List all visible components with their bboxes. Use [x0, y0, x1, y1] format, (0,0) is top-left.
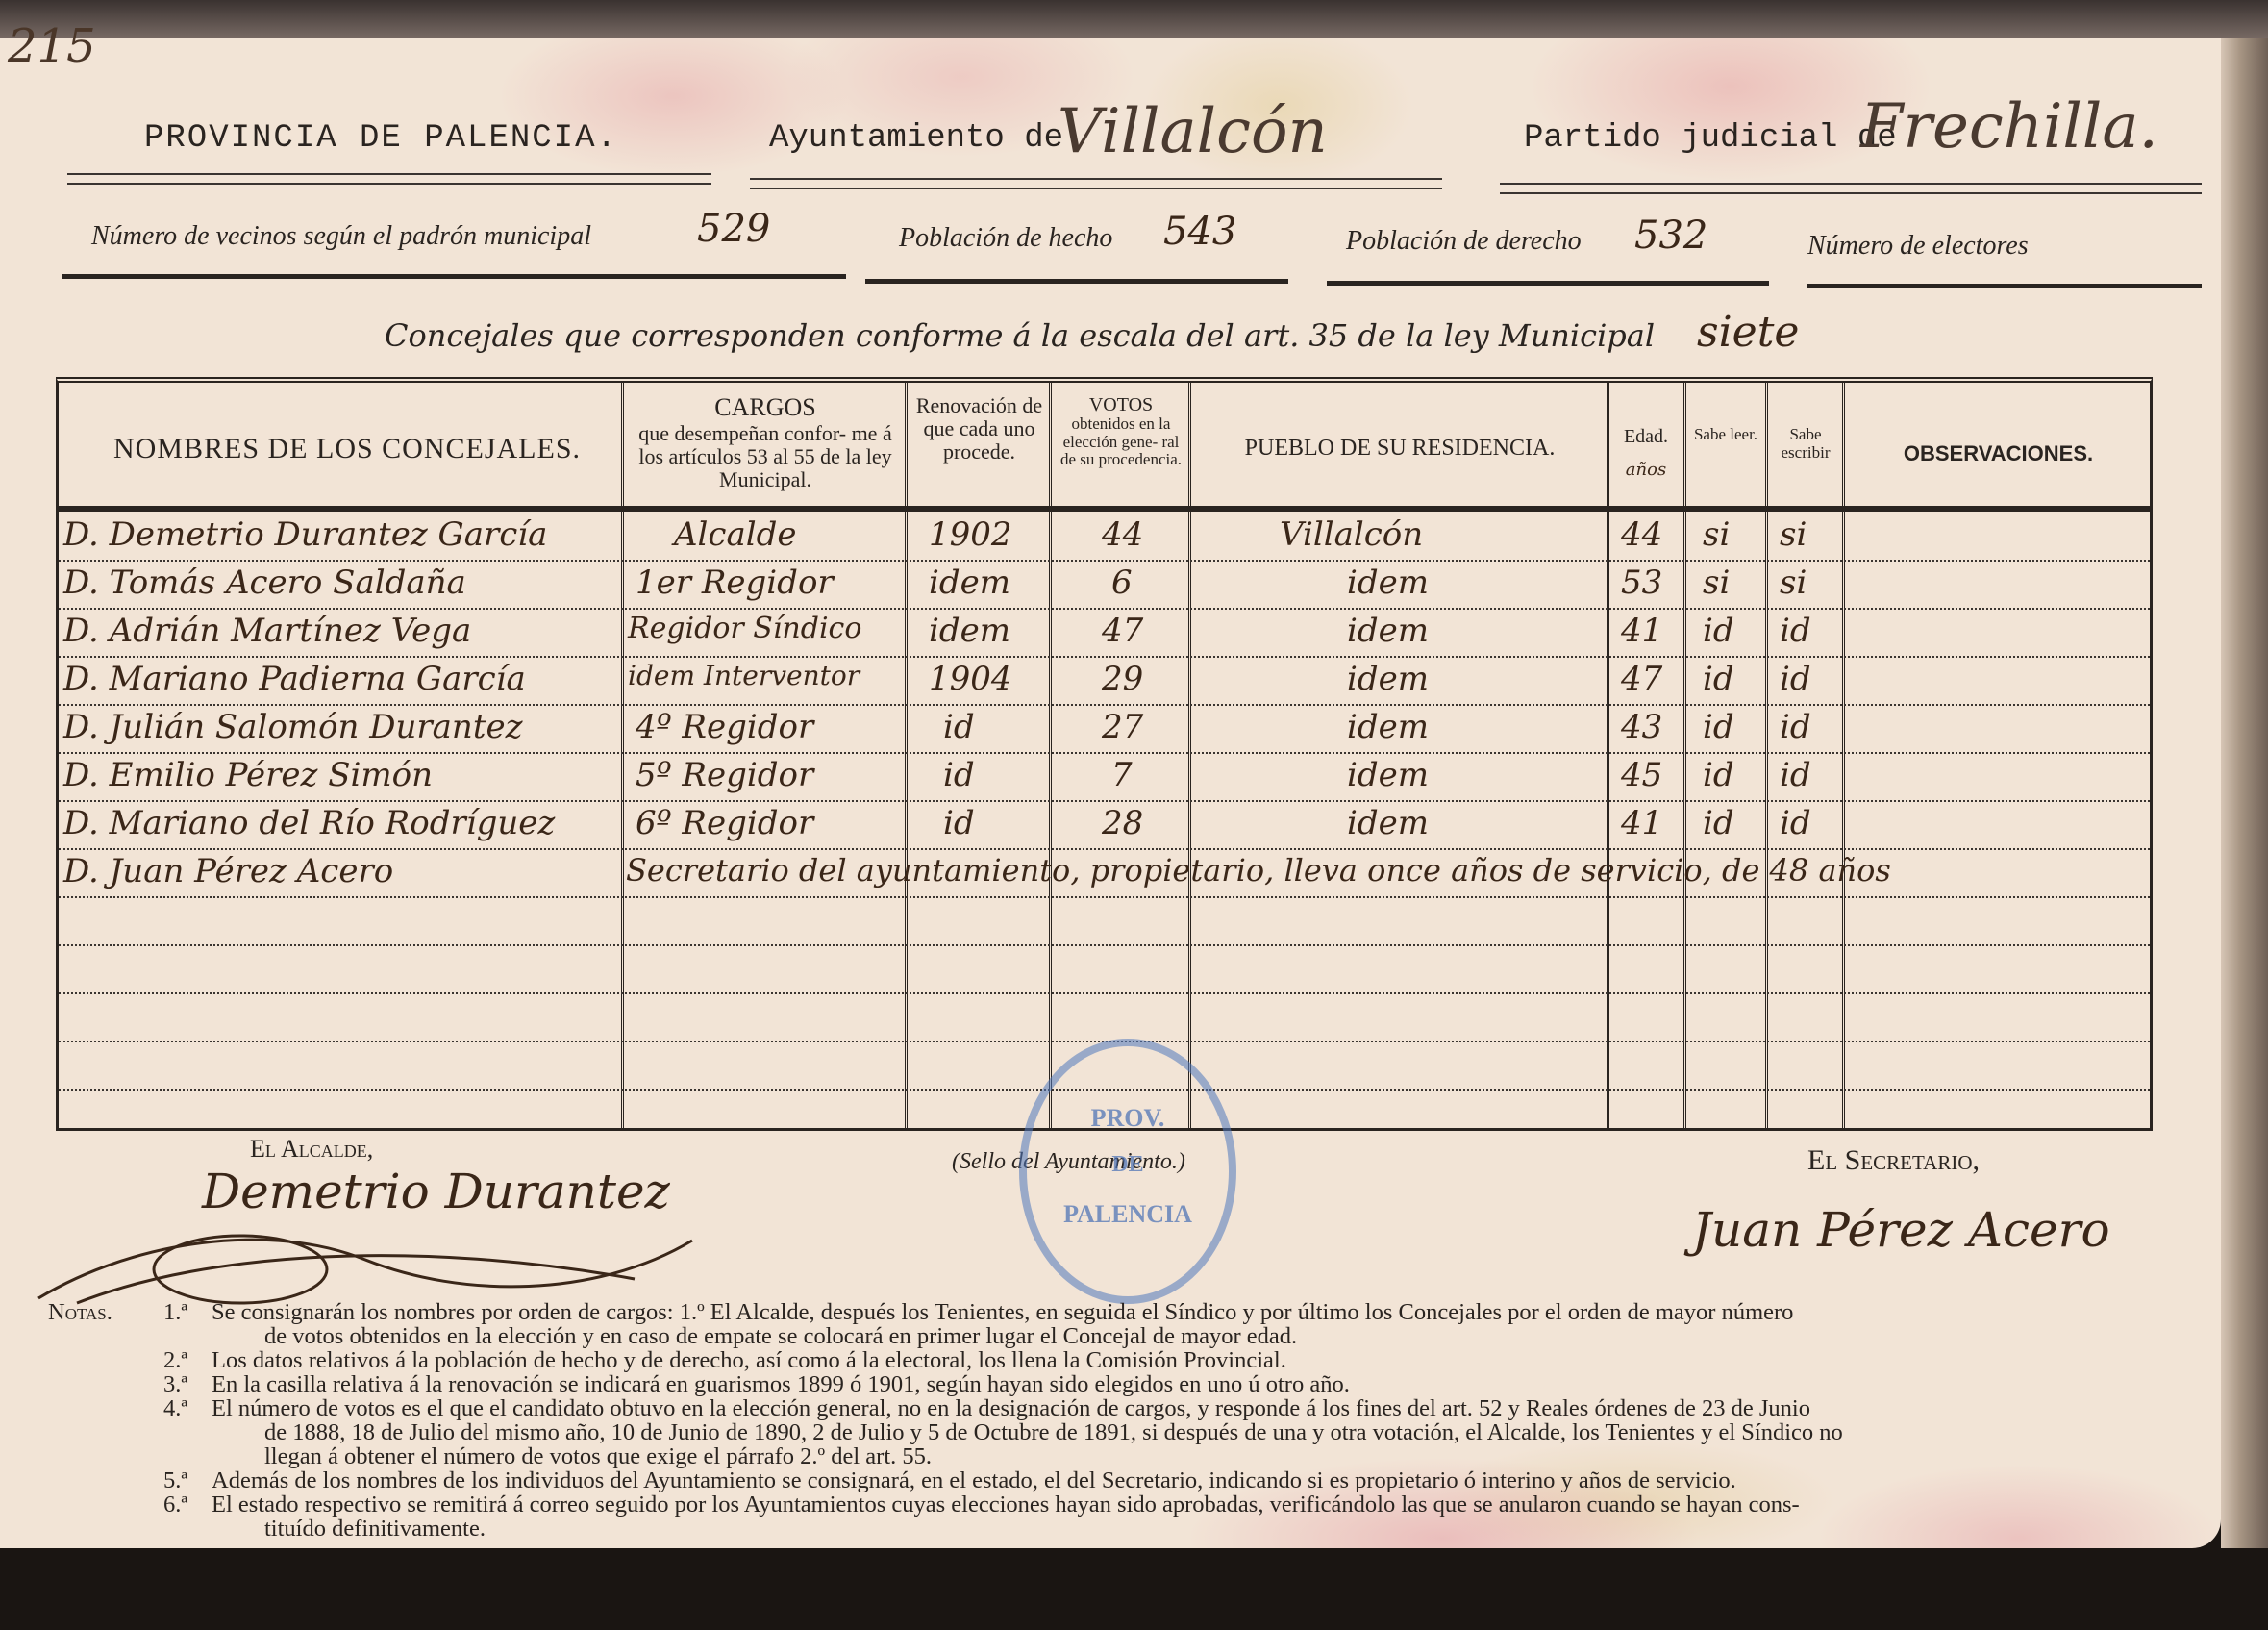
cell-pueblo: idem: [1347, 564, 1429, 602]
cell-votos: 47: [1102, 612, 1143, 650]
cell-escribir: si: [1780, 515, 1807, 554]
cell-renovacion: 1904: [929, 660, 1012, 698]
vecinos-value: 529: [697, 207, 770, 251]
cell-renovacion: id: [943, 708, 975, 746]
cell-nombre: D. Emilio Pérez Simón: [63, 756, 433, 794]
concejales-table: NOMBRES DE LOS CONCEJALES. CARGOS que de…: [56, 377, 2153, 1131]
vecinos-label: Número de vecinos según el padrón munici…: [91, 221, 591, 252]
nota-text: El estado respectivo se remitirá á corre…: [212, 1492, 2211, 1517]
header-rule: [1500, 183, 2202, 194]
cell-cargo: 4º Regidor: [636, 708, 813, 746]
cell-nombre: D. Mariano Padierna García: [63, 660, 526, 698]
cell-edad: 41: [1621, 612, 1662, 650]
table-row: D. Juan Pérez Acero Secretario del ayunt…: [59, 848, 2150, 898]
nota-item: 2.ª Los datos relativos á la población d…: [48, 1348, 2211, 1372]
concejales-value: siete: [1697, 308, 1799, 357]
concejales-label: Concejales que corresponden conforme á l…: [385, 317, 1655, 354]
book-page-edges: [2221, 38, 2268, 1548]
nota-text: En la casilla relativa á la renovación s…: [212, 1372, 2211, 1396]
cell-votos: 27: [1102, 708, 1143, 746]
cell-edad: 43: [1621, 708, 1662, 746]
header-cargos: CARGOS que desempeñan confor- me á los a…: [626, 394, 905, 491]
nota-number: 5.ª: [163, 1468, 187, 1492]
header-sabe-escribir: Sabe escribir: [1768, 426, 1843, 462]
derecho-label: Población de derecho: [1346, 226, 1582, 257]
cell-votos: 44: [1102, 515, 1143, 554]
cell-escribir: id: [1780, 708, 1811, 746]
ayuntamiento-label: Ayuntamiento de: [769, 120, 1063, 157]
cell-pueblo: idem: [1347, 612, 1429, 650]
cell-leer: id: [1703, 660, 1734, 698]
header-rule: [67, 173, 711, 185]
cell-escribir: id: [1780, 756, 1811, 794]
header-votos-title: VOTOS: [1054, 394, 1188, 415]
stats-rule: [1807, 284, 2202, 288]
cell-escribir: id: [1780, 660, 1811, 698]
table-row: D. Emilio Pérez Simón 5º Regidor id 7 id…: [59, 752, 2150, 802]
header-rule: [750, 178, 1442, 189]
cell-nombre: D. Tomás Acero Saldaña: [63, 564, 466, 602]
header-pueblo: PUEBLO DE SU RESIDENCIA.: [1193, 436, 1607, 461]
header-cargos-title: CARGOS: [626, 394, 905, 422]
secretario-signature: Juan Pérez Acero: [1692, 1202, 2110, 1258]
hecho-label: Población de hecho: [899, 223, 1112, 254]
nota-item: 4.ª El número de votos es el que el cand…: [48, 1396, 2211, 1468]
table-row-empty: [59, 896, 2150, 946]
header-edad-title: Edad.: [1608, 426, 1683, 447]
seal-text: PALENCIA: [1027, 1200, 1229, 1229]
cell-votos: 29: [1102, 660, 1143, 698]
table-row: D. Demetrio Durantez García Alcalde 1902…: [59, 512, 2150, 562]
cell-nombre: D. Demetrio Durantez García: [63, 515, 547, 554]
cell-renovacion: id: [943, 756, 975, 794]
header-edad-unit: años: [1608, 461, 1683, 480]
header-cargos-sub: que desempeñan confor- me á los artículo…: [626, 422, 905, 492]
cell-votos: 6: [1111, 564, 1133, 602]
ayuntamiento-value: Villalcón: [1058, 96, 1328, 167]
ayuntamiento-seal: PROV. DE PALENCIA: [1019, 1039, 1236, 1304]
header-votos: VOTOS obtenidos en la elección gene- ral…: [1054, 394, 1188, 469]
cell-renovacion: idem: [929, 564, 1010, 602]
cell-pueblo: idem: [1347, 804, 1429, 842]
table-row: D. Julián Salomón Durantez 4º Regidor id…: [59, 704, 2150, 754]
province-title: PROVINCIA DE PALENCIA.: [144, 120, 618, 157]
secretario-label: El Secretario,: [1807, 1144, 1980, 1177]
nota-item: 6.ª El estado respectivo se remitirá á c…: [48, 1492, 2211, 1541]
nota-text: de 1888, 18 de Julio del mismo año, 10 d…: [212, 1420, 2211, 1444]
cell-edad: 44: [1621, 515, 1662, 554]
cell-cargo: 6º Regidor: [636, 804, 813, 842]
header-edad: Edad. años: [1608, 426, 1683, 480]
alcalde-label: El Alcalde,: [250, 1135, 373, 1164]
book-binding-top: [0, 0, 2268, 40]
header-votos-sub: obtenidos en la elección gene- ral de su…: [1054, 415, 1188, 469]
cell-pueblo: idem: [1347, 660, 1429, 698]
cell-renovacion: idem: [929, 612, 1010, 650]
nota-text: Además de los nombres de los individuos …: [212, 1468, 2211, 1492]
nota-number: 3.ª: [163, 1372, 187, 1396]
cell-escribir: id: [1780, 804, 1811, 842]
nota-item: 1.ª Se consignarán los nombres por orden…: [48, 1300, 2211, 1348]
cell-leer: id: [1703, 804, 1734, 842]
stats-rule: [62, 274, 846, 279]
nota-text: El número de votos es el que el candidat…: [212, 1396, 2211, 1420]
cell-nombre: D. Adrián Martínez Vega: [63, 612, 471, 650]
header-renovacion: Renovación de que cada uno procede.: [910, 394, 1049, 464]
nota-item: 5.ª Además de los nombres de los individ…: [48, 1468, 2211, 1492]
cell-cargo: Alcalde: [674, 515, 797, 554]
cell-edad: 41: [1621, 804, 1662, 842]
nota-number: 4.ª: [163, 1396, 187, 1420]
notas-section: Notas. 1.ª Se consignarán los nombres po…: [48, 1300, 2211, 1541]
cell-edad: 45: [1621, 756, 1662, 794]
cell-edad: 53: [1621, 564, 1662, 602]
table-row: D. Adrián Martínez Vega Regidor Síndico …: [59, 608, 2150, 658]
cell-escribir: si: [1780, 564, 1807, 602]
header-observaciones: OBSERVACIONES.: [1847, 442, 2150, 465]
cell-cargo: idem Interventor: [628, 660, 860, 691]
nota-text: tituído definitivamente.: [212, 1517, 2211, 1541]
nota-text: Los datos relativos á la población de he…: [212, 1348, 2211, 1372]
header-sabe-leer: Sabe leer.: [1686, 426, 1765, 444]
cell-leer: id: [1703, 708, 1734, 746]
nota-text: de votos obtenidos en la elección y en c…: [212, 1324, 2211, 1348]
seal-text: PROV.: [1027, 1104, 1229, 1133]
nota-number: 2.ª: [163, 1348, 187, 1372]
nota-item: 3.ª En la casilla relativa á la renovaci…: [48, 1372, 2211, 1396]
cell-edad: 47: [1621, 660, 1662, 698]
table-row: D. Tomás Acero Saldaña 1er Regidor idem …: [59, 560, 2150, 610]
table-row: D. Mariano Padierna García idem Interven…: [59, 656, 2150, 706]
electores-label: Número de electores: [1807, 231, 2029, 262]
alcalde-signature: Demetrio Durantez: [202, 1164, 670, 1219]
table-row-empty: [59, 944, 2150, 994]
cell-nombre: D. Julián Salomón Durantez: [63, 708, 523, 746]
cell-votos: 7: [1111, 756, 1133, 794]
nota-text: Se consignarán los nombres por orden de …: [212, 1300, 2211, 1324]
cell-cargo: 5º Regidor: [636, 756, 813, 794]
header-nombres: NOMBRES DE LOS CONCEJALES.: [78, 433, 616, 464]
table-row-empty: [59, 992, 2150, 1042]
cell-pueblo: idem: [1347, 756, 1429, 794]
cell-escribir: id: [1780, 612, 1811, 650]
cell-cargo: 1er Regidor: [636, 564, 834, 602]
stats-rule: [865, 279, 1288, 284]
cell-span-text: Secretario del ayuntamiento, propietario…: [626, 852, 1891, 889]
stats-rule: [1327, 281, 1769, 286]
cell-cargo: Regidor Síndico: [628, 612, 861, 645]
nota-number: 1.ª: [163, 1300, 187, 1324]
cell-votos: 28: [1102, 804, 1143, 842]
seal-text: DE: [1027, 1152, 1229, 1178]
cell-leer: id: [1703, 612, 1734, 650]
cell-leer: si: [1703, 564, 1730, 602]
cell-renovacion: id: [943, 804, 975, 842]
table-row: D. Mariano del Río Rodríguez 6º Regidor …: [59, 800, 2150, 850]
page-number: 215: [8, 19, 96, 73]
cell-renovacion: 1902: [929, 515, 1012, 554]
partido-label: Partido judicial de: [1524, 120, 1897, 157]
partido-value: Frechilla.: [1860, 91, 2158, 163]
cell-pueblo: Villalcón: [1280, 515, 1423, 554]
hecho-value: 543: [1163, 210, 1236, 254]
cell-pueblo: idem: [1347, 708, 1429, 746]
cell-nombre: D. Juan Pérez Acero: [63, 852, 393, 890]
alcalde-rubric: [19, 1221, 711, 1308]
nota-number: 6.ª: [163, 1492, 187, 1517]
derecho-value: 532: [1634, 213, 1707, 258]
nota-text: llegan á obtener el número de votos que …: [212, 1444, 2211, 1468]
cell-leer: id: [1703, 756, 1734, 794]
cell-leer: si: [1703, 515, 1730, 554]
cell-nombre: D. Mariano del Río Rodríguez: [63, 804, 555, 842]
